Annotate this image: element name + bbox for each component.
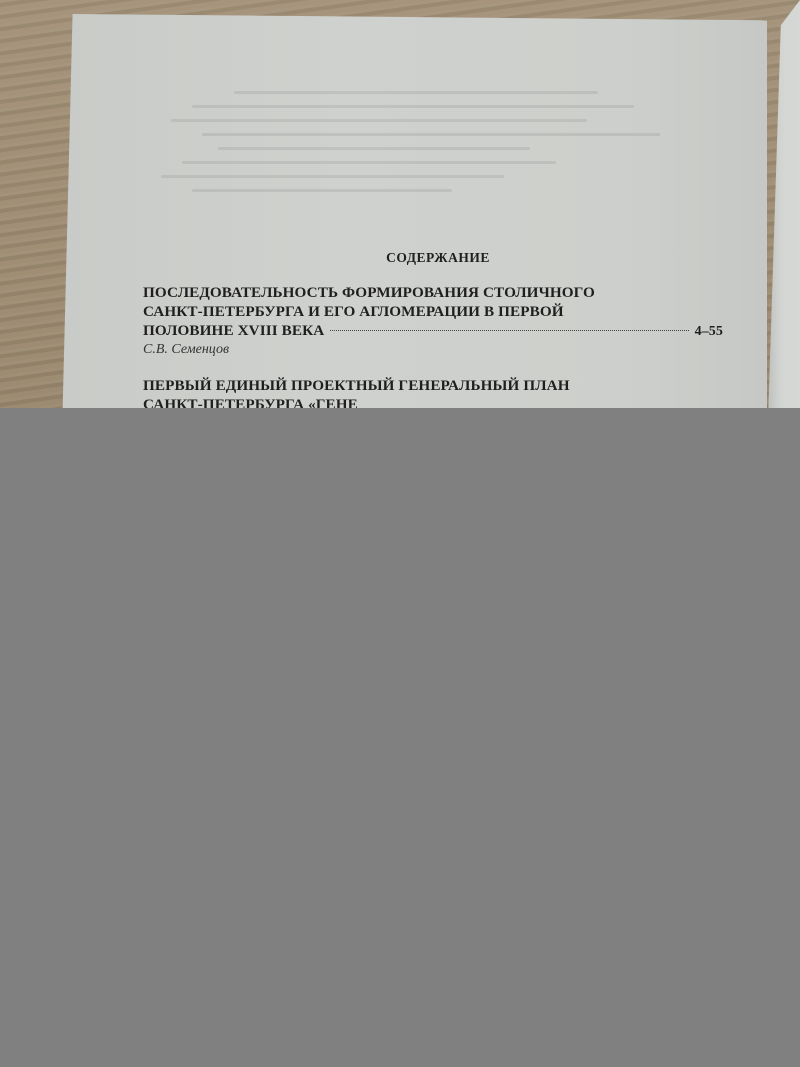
dot-leader bbox=[330, 330, 688, 331]
entry-title-line: ПЕРВЫЙ ЕДИНЫЙ ПРОЕКТНЫЙ ГЕНЕРАЛЬНЫЙ ПЛАН bbox=[143, 376, 723, 395]
entry-title-line: САНКТ-ПЕТЕРБУРГА И ЕГО АГЛОМЕРАЦИИ В ПЕР… bbox=[143, 302, 723, 321]
toc-entry[interactable]: ПОСЛЕДОВАТЕЛЬНОСТЬ ФОРМИРОВАНИЯ СТОЛИЧНО… bbox=[143, 283, 723, 358]
entry-title-line: ПОЛОВИНЕ XVIII ВЕКА bbox=[143, 321, 324, 340]
toc-heading: СОДЕРЖАНИЕ bbox=[143, 250, 723, 266]
entry-page-range: 4–55 bbox=[695, 322, 723, 341]
occlusion-overlay bbox=[0, 408, 800, 1067]
entry-author: С.В. Семенцов bbox=[143, 341, 723, 358]
bleed-through-text bbox=[140, 80, 660, 270]
table-of-contents: СОДЕРЖАНИЕ ПОСЛЕДОВАТЕЛЬНОСТЬ ФОРМИРОВАН… bbox=[143, 250, 723, 414]
entry-title-line: ПОСЛЕДОВАТЕЛЬНОСТЬ ФОРМИРОВАНИЯ СТОЛИЧНО… bbox=[143, 283, 723, 302]
